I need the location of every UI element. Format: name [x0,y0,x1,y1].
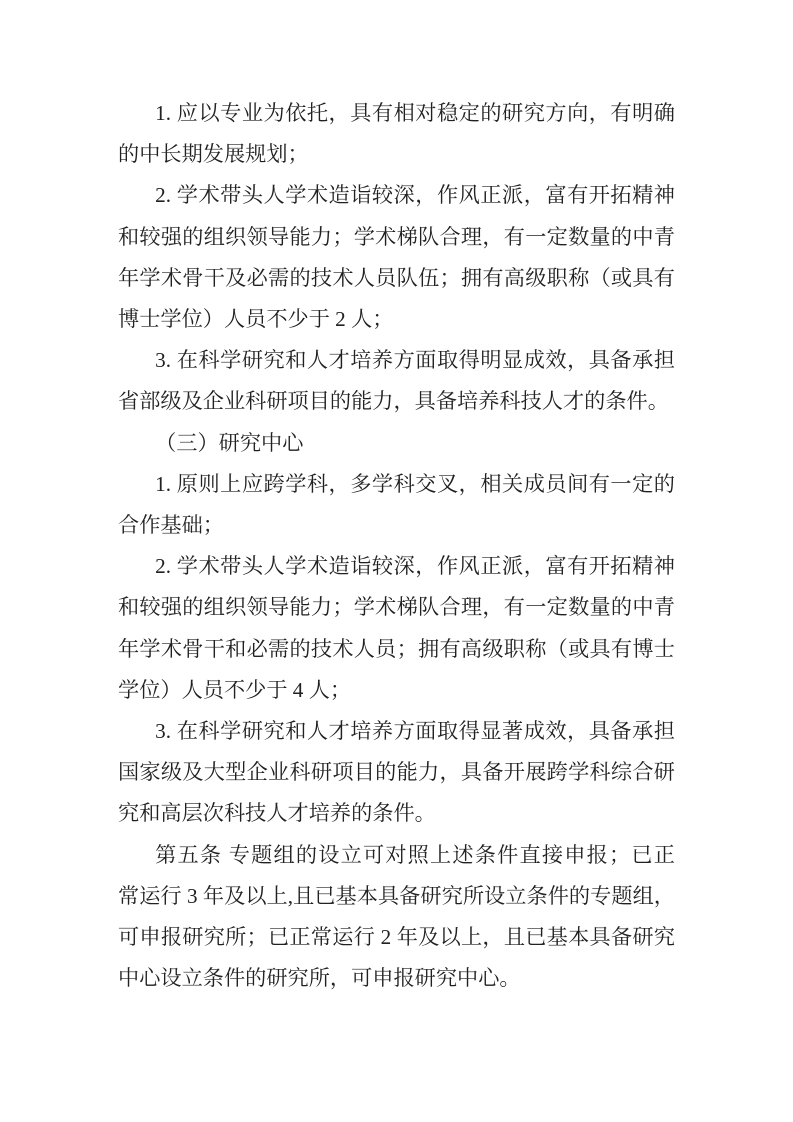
text-line: 中心设立条件的研究所，可申报研究中心。 [118,958,675,999]
paragraph-center-requirement-2: 2. 学术带头人学术造诣较深，作风正派，富有开拓精神 和较强的组织领导能力；学术… [118,546,675,711]
text-line: 博士学位）人员不少于 2 人； [118,299,675,340]
text-line: 2. 学术带头人学术造诣较深，作风正派，富有开拓精神 [118,175,675,216]
paragraph-requirement-3: 3. 在科学研究和人才培养方面取得明显成效，具备承担 省部级及企业科研项目的能力… [118,340,675,422]
text-line: 究和高层次科技人才培养的条件。 [118,793,675,834]
heading-research-center: （三）研究中心 [118,423,675,464]
text-line: 国家级及大型企业科研项目的能力，具备开展跨学科综合研 [118,752,675,793]
text-line: 3. 在科学研究和人才培养方面取得显著成效，具备承担 [118,711,675,752]
text-line: 年学术骨干及必需的技术人员队伍；拥有高级职称（或具有 [118,258,675,299]
text-line: 和较强的组织领导能力；学术梯队合理，有一定数量的中青 [118,217,675,258]
text-line: 合作基础； [118,505,675,546]
text-line: 2. 学术带头人学术造诣较深，作风正派，富有开拓精神 [118,546,675,587]
text-line: 1. 应以专业为依托，具有相对稳定的研究方向，有明确 [118,93,675,134]
text-line: 学位）人员不少于 4 人； [118,670,675,711]
paragraph-article-5: 第五条 专题组的设立可对照上述条件直接申报；已正 常运行 3 年及以上,且已基本… [118,835,675,1000]
paragraph-center-requirement-1: 1. 原则上应跨学科，多学科交叉，相关成员间有一定的 合作基础； [118,464,675,546]
paragraph-requirement-1: 1. 应以专业为依托，具有相对稳定的研究方向，有明确 的中长期发展规划； [118,93,675,175]
text-line: 省部级及企业科研项目的能力，具备培养科技人才的条件。 [118,381,675,422]
text-line: 第五条 专题组的设立可对照上述条件直接申报；已正 [118,835,675,876]
text-line: 的中长期发展规划； [118,134,675,175]
document-page: 1. 应以专业为依托，具有相对稳定的研究方向，有明确 的中长期发展规划； 2. … [0,0,793,1122]
text-line: 可申报研究所；已正常运行 2 年及以上，且已基本具备研究 [118,917,675,958]
text-line: 常运行 3 年及以上,且已基本具备研究所设立条件的专题组， [118,876,675,917]
text-line: 和较强的组织领导能力；学术梯队合理，有一定数量的中青 [118,587,675,628]
text-line: （三）研究中心 [118,423,675,464]
paragraph-requirement-2: 2. 学术带头人学术造诣较深，作风正派，富有开拓精神 和较强的组织领导能力；学术… [118,175,675,340]
text-line: 3. 在科学研究和人才培养方面取得明显成效，具备承担 [118,340,675,381]
paragraph-center-requirement-3: 3. 在科学研究和人才培养方面取得显著成效，具备承担 国家级及大型企业科研项目的… [118,711,675,835]
text-line: 1. 原则上应跨学科，多学科交叉，相关成员间有一定的 [118,464,675,505]
text-line: 年学术骨干和必需的技术人员；拥有高级职称（或具有博士 [118,629,675,670]
